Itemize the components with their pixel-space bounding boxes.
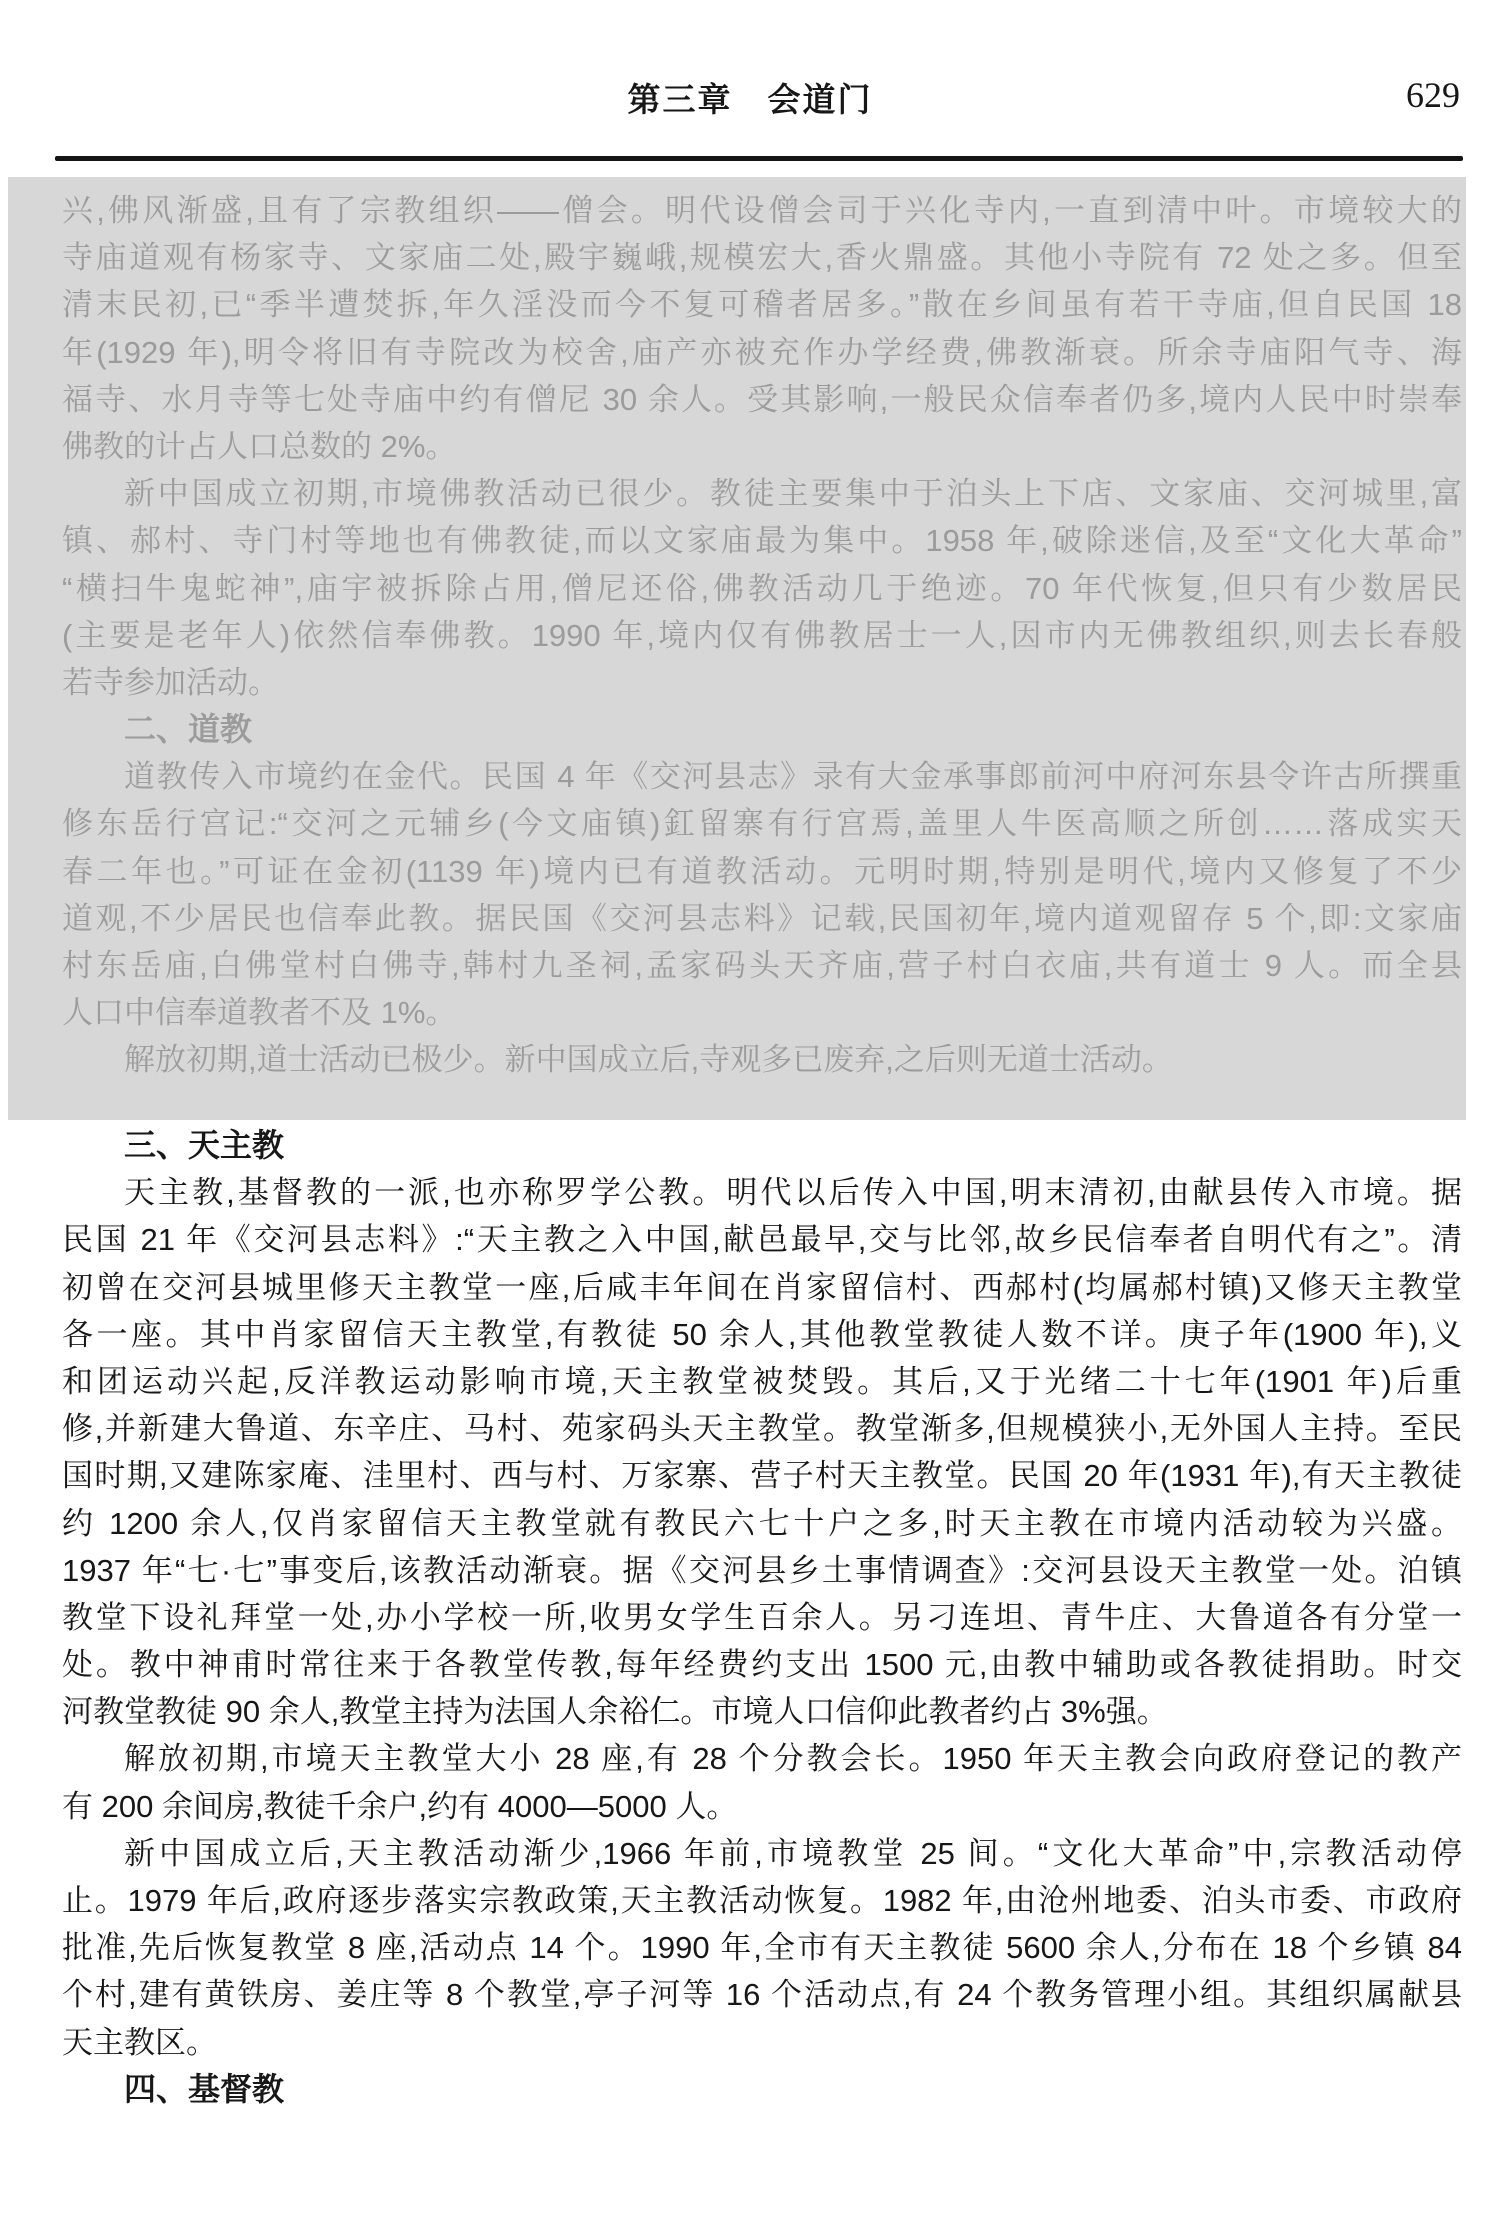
text-line: (主要是老年人)依然信奉佛教。1990 年,境内仅有佛教居士一人,因市内无佛教组… — [62, 612, 1462, 659]
text-line: 修东岳行宫记:“交河之元辅乡(今文庙镇)釭留寨有行宫焉,盖里人牛医高顺之所创……… — [62, 800, 1462, 847]
text-line: 和团运动兴起,反洋教运动影响市境,天主教堂被焚毁。其后,又于光绪二十七年(190… — [62, 1358, 1462, 1405]
text-line: 止。1979 年后,政府逐步落实宗教政策,天主教活动恢复。1982 年,由沧州地… — [62, 1877, 1462, 1924]
text-line: 村东岳庙,白佛堂村白佛寺,韩村九圣祠,孟家码头天齐庙,营子村白衣庙,共有道士 9… — [62, 942, 1462, 989]
text-line: 年(1929 年),明令将旧有寺院改为校舍,庙产亦被充作办学经费,佛教渐衰。所余… — [62, 329, 1462, 376]
section-heading: 二、道教 — [62, 706, 1462, 753]
text-line: 修,并新建大鲁道、东辛庄、马村、苑家码头天主教堂。教堂渐多,但规模狭小,无外国人… — [62, 1405, 1462, 1452]
text-line: 河教堂教徒 90 余人,教堂主持为法国人余裕仁。市境人口信仰此教者约占 3%强。 — [62, 1688, 1462, 1735]
text-line: 人口中信奉道教者不及 1%。 — [62, 989, 1462, 1036]
text-line: 解放初期,道士活动已极少。新中国成立后,寺观多已废弃,之后则无道士活动。 — [62, 1036, 1462, 1083]
section-heading: 四、基督教 — [62, 2066, 1462, 2113]
text-line: 1937 年“七·七”事变后,该教活动渐衰。据《交河县乡土事情调查》:交河县设天… — [62, 1547, 1462, 1594]
text-line: 民国 21 年《交河县志料》:“天主教之入中国,献邑最早,交与比邻,故乡民信奉者… — [62, 1216, 1462, 1263]
text-line: 若寺参加活动。 — [62, 659, 1462, 706]
header-rule — [55, 156, 1463, 161]
text-line: 国时期,又建陈家庵、洼里村、西与村、万家寨、营子村天主教堂。民国 20 年(19… — [62, 1452, 1462, 1499]
text-line: 个村,建有黄铁房、姜庄等 8 个教堂,亭子河等 16 个活动点,有 24 个教务… — [62, 1971, 1462, 2018]
chapter-title: 第三章 会道门 — [0, 74, 1500, 121]
book-page: 第三章 会道门 629 兴,佛风渐盛,且有了宗教组织——僧会。明代设僧会司于兴化… — [0, 0, 1500, 2236]
text-line: 天主教,基督教的一派,也亦称罗学公教。明代以后传入中国,明末清初,由献县传入市境… — [62, 1169, 1462, 1216]
text-line: 清末民初,已“季半遭焚拆,年久淫没而今不复可稽者居多。”散在乡间虽有若干寺庙,但… — [62, 281, 1462, 328]
text-line: 约 1200 余人,仅肖家留信天主教堂就有教民六七十户之多,时天主教在市境内活动… — [62, 1500, 1462, 1547]
faded-scan-region: 兴,佛风渐盛,且有了宗教组织——僧会。明代设僧会司于兴化寺内,一直到清中叶。市境… — [8, 177, 1466, 1120]
section-heading: 三、天主教 — [62, 1122, 1462, 1169]
text-line: 兴,佛风渐盛,且有了宗教组织——僧会。明代设僧会司于兴化寺内,一直到清中叶。市境… — [62, 187, 1462, 234]
text-line: 解放初期,市境天主教堂大小 28 座,有 28 个分教会长。1950 年天主教会… — [62, 1735, 1462, 1782]
text-line: 天主教区。 — [62, 2019, 1462, 2066]
text-line: 各一座。其中肖家留信天主教堂,有教徒 50 余人,其他教堂教徒人数不详。庚子年(… — [62, 1311, 1462, 1358]
text-line: 处。教中神甫时常往来于各教堂传教,每年经费约支出 1500 元,由教中辅助或各教… — [62, 1641, 1462, 1688]
body-text-column: 三、天主教天主教,基督教的一派,也亦称罗学公教。明代以后传入中国,明末清初,由献… — [62, 1122, 1462, 2113]
text-line: 寺庙道观有杨家寺、文家庙二处,殿宇巍峨,规模宏大,香火鼎盛。其他小寺院有 72 … — [62, 234, 1462, 281]
text-line: “横扫牛鬼蛇神”,庙宇被拆除占用,僧尼还俗,佛教活动几于绝迹。70 年代恢复,但… — [62, 565, 1462, 612]
text-line: 初曾在交河县城里修天主教堂一座,后咸丰年间在肖家留信村、西郝村(均属郝村镇)又修… — [62, 1264, 1462, 1311]
text-line: 福寺、水月寺等七处寺庙中约有僧尼 30 余人。受其影响,一般民众信奉者仍多,境内… — [62, 376, 1462, 423]
text-line: 教堂下设礼拜堂一处,办小学校一所,收男女学生百余人。另刁连坦、青牛庄、大鲁道各有… — [62, 1594, 1462, 1641]
text-line: 镇、郝村、寺门村等地也有佛教徒,而以文家庙最为集中。1958 年,破除迷信,及至… — [62, 517, 1462, 564]
page-number: 629 — [1406, 74, 1460, 116]
text-line: 新中国成立后,天主教活动渐少,1966 年前,市境教堂 25 间。“文化大革命”… — [62, 1830, 1462, 1877]
faded-text-column: 兴,佛风渐盛,且有了宗教组织——僧会。明代设僧会司于兴化寺内,一直到清中叶。市境… — [62, 187, 1462, 1084]
text-line: 道教传入市境约在金代。民国 4 年《交河县志》录有大金承事郎前河中府河东县令许古… — [62, 753, 1462, 800]
text-line: 佛教的计占人口总数的 2%。 — [62, 423, 1462, 470]
text-line: 有 200 余间房,教徒千余户,约有 4000—5000 人。 — [62, 1783, 1462, 1830]
text-line: 春二年也。”可证在金初(1139 年)境内已有道教活动。元明时期,特别是明代,境… — [62, 848, 1462, 895]
text-line: 新中国成立初期,市境佛教活动已很少。教徒主要集中于泊头上下店、文家庙、交河城里,… — [62, 470, 1462, 517]
text-line: 批准,先后恢复教堂 8 座,活动点 14 个。1990 年,全市有天主教徒 56… — [62, 1924, 1462, 1971]
text-line: 道观,不少居民也信奉此教。据民国《交河县志料》记载,民国初年,境内道观留存 5 … — [62, 895, 1462, 942]
